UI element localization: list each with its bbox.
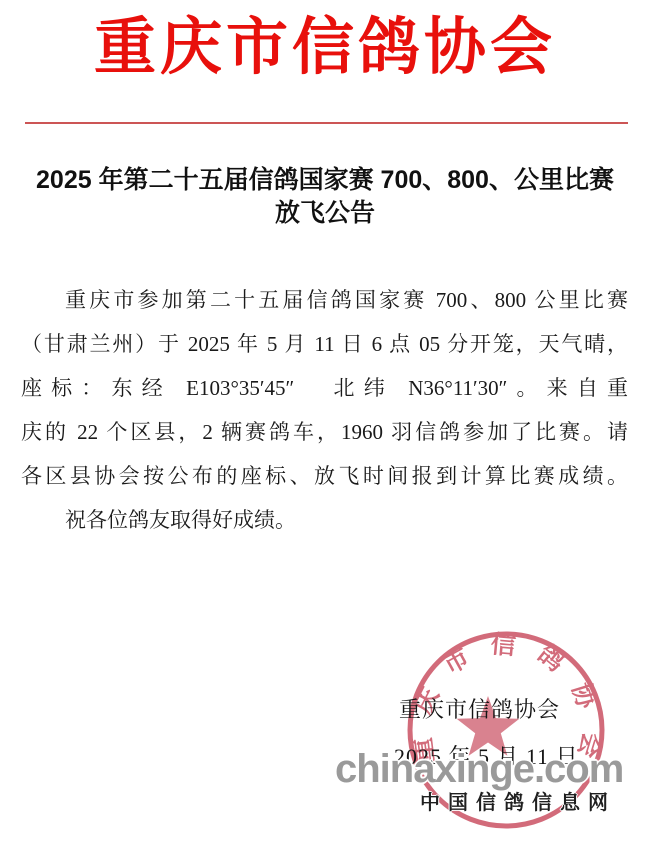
body-line: 庆的 22 个区县，2 辆赛鸽车，1960 羽信鸽参加了比赛。请 <box>21 410 628 454</box>
org-title: 重庆市信鸽协会 <box>0 8 650 88</box>
heading-line-1: 2025 年第二十五届信鸽国家赛 700、800、公里比赛 <box>12 164 638 197</box>
body-line: 重庆市参加第二十五届信鸽国家赛 700、800 公里比赛 <box>21 278 628 322</box>
body-line: 座标：东经 E103°35′45″ 北纬 N36°11′30″。来自重 <box>21 366 628 410</box>
heading-line-2: 放飞公告 <box>12 197 638 230</box>
body-line: 各区县协会按公布的座标、放飞时间报到计算比赛成绩。 <box>21 454 628 498</box>
body-line: 祝各位鸽友取得好成绩。 <box>21 498 628 542</box>
announcement-heading: 2025 年第二十五届信鸽国家赛 700、800、公里比赛 放飞公告 <box>12 164 638 230</box>
watermark-site-cn: 中国信鸽信息网 <box>420 786 616 815</box>
body-line: （甘肃兰州）于 2025 年 5 月 11 日 6 点 05 分开笼，天气晴， <box>21 322 628 366</box>
body-text: 重庆市参加第二十五届信鸽国家赛 700、800 公里比赛 （甘肃兰州）于 202… <box>21 278 628 542</box>
announcement-document: 重庆市信鸽协会 2025 年第二十五届信鸽国家赛 700、800、公里比赛 放飞… <box>0 0 650 857</box>
title-divider <box>25 122 628 124</box>
signature-org: 重庆市信鸽协会 <box>399 693 560 724</box>
